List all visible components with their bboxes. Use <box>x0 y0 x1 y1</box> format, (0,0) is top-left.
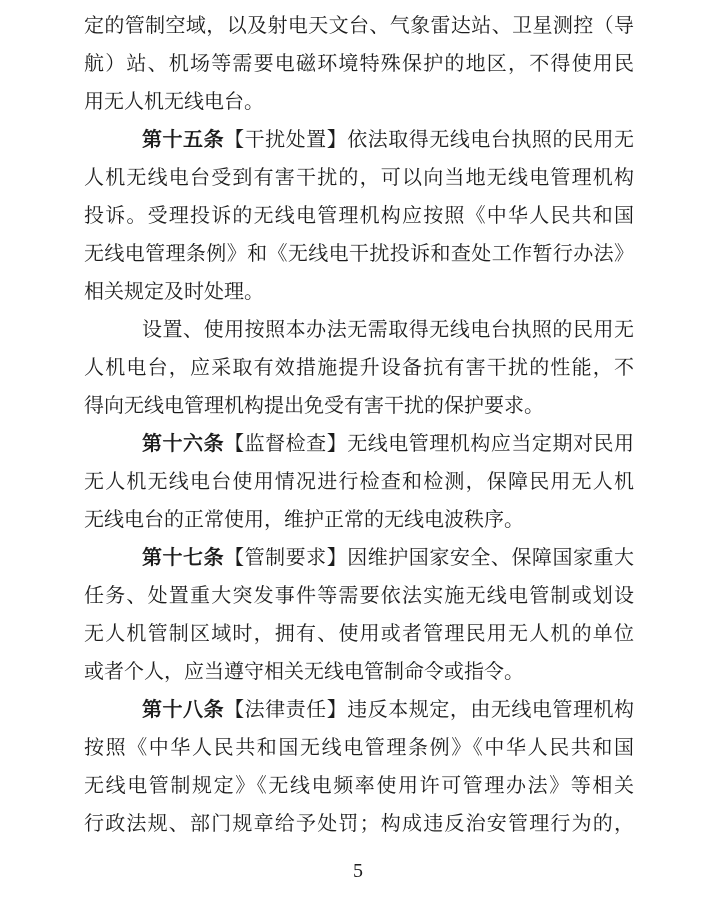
text-run: 无线电管制规定》《无线电频率使用许可管理办法》等相关 <box>84 775 634 797</box>
text-body: 定的管制空域，以及射电天文台、气象雷达站、卫星测控（导航）站、机场等需要电磁环境… <box>84 7 634 843</box>
text-line: 定的管制空域，以及射电天文台、气象雷达站、卫星测控（导 <box>84 7 634 45</box>
text-line: 无线电管制规定》《无线电频率使用许可管理办法》等相关 <box>84 767 634 805</box>
text-line: 航）站、机场等需要电磁环境特殊保护的地区，不得使用民 <box>84 45 634 83</box>
text-run: 得向无线电管理机构提出免受有害干扰的保护要求。 <box>84 395 544 417</box>
text-line: 第十七条【管制要求】因维护国家安全、保障国家重大 <box>84 539 634 577</box>
page-background: 定的管制空域，以及射电天文台、气象雷达站、卫星测控（导航）站、机场等需要电磁环境… <box>0 0 716 913</box>
text-line: 设置、使用按照本办法无需取得无线电台执照的民用无 <box>84 311 634 349</box>
document-page: { "document": { "language": "zh-CN", "ba… <box>0 0 716 913</box>
text-run: 人机无线电台受到有害干扰的，可以向当地无线电管理机构 <box>84 167 634 189</box>
article-number: 第十六条 <box>142 433 224 455</box>
text-run: 任务、处置重大突发事件等需要依法实施无线电管制或划设 <box>84 585 634 607</box>
article-title: 【监督检查】 <box>224 433 347 455</box>
text-run: 相关规定及时处理。 <box>84 281 264 303</box>
text-line: 任务、处置重大突发事件等需要依法实施无线电管制或划设 <box>84 577 634 615</box>
text-run: 依法取得无线电台执照的民用无 <box>347 129 634 151</box>
text-run: 人机电台，应采取有效措施提升设备抗有害干扰的性能，不 <box>84 357 634 379</box>
text-run: 无线电台的正常使用，维护正常的无线电波秩序。 <box>84 509 524 531</box>
text-line: 按照《中华人民共和国无线电管理条例》《中华人民共和国 <box>84 729 634 767</box>
text-run: 行政法规、部门规章给予处罚；构成违反治安管理行为的， <box>84 813 634 835</box>
text-run: 无人机管制区域时，拥有、使用或者管理民用无人机的单位 <box>84 623 634 645</box>
text-run: 违反本规定，由无线电管理机构 <box>347 699 634 721</box>
text-line: 第十六条【监督检查】无线电管理机构应当定期对民用 <box>84 425 634 463</box>
article-number: 第十五条 <box>142 129 224 151</box>
text-line: 相关规定及时处理。 <box>84 273 634 311</box>
text-run: 无人机无线电台使用情况进行检查和检测，保障民用无人机 <box>84 471 634 493</box>
text-line: 无人机无线电台使用情况进行检查和检测，保障民用无人机 <box>84 463 634 501</box>
text-line: 用无人机无线电台。 <box>84 83 634 121</box>
text-run: 用无人机无线电台。 <box>84 91 264 113</box>
page-number: 5 <box>0 856 716 886</box>
text-line: 第十八条【法律责任】违反本规定，由无线电管理机构 <box>84 691 634 729</box>
article-number: 第十七条 <box>142 547 224 569</box>
text-line: 投诉。受理投诉的无线电管理机构应按照《中华人民共和国 <box>84 197 634 235</box>
text-line: 人机电台，应采取有效措施提升设备抗有害干扰的性能，不 <box>84 349 634 387</box>
text-line: 无人机管制区域时，拥有、使用或者管理民用无人机的单位 <box>84 615 634 653</box>
text-run: 设置、使用按照本办法无需取得无线电台执照的民用无 <box>142 319 634 341</box>
article-title: 【干扰处置】 <box>224 129 347 151</box>
text-line: 行政法规、部门规章给予处罚；构成违反治安管理行为的， <box>84 805 634 843</box>
text-run: 或者个人，应当遵守相关无线电管制命令或指令。 <box>84 661 524 683</box>
text-run: 无线电管理机构应当定期对民用 <box>347 433 634 455</box>
text-run: 航）站、机场等需要电磁环境特殊保护的地区，不得使用民 <box>84 53 634 75</box>
article-number: 第十八条 <box>142 699 224 721</box>
text-line: 人机无线电台受到有害干扰的，可以向当地无线电管理机构 <box>84 159 634 197</box>
text-line: 得向无线电管理机构提出免受有害干扰的保护要求。 <box>84 387 634 425</box>
article-title: 【管制要求】 <box>224 547 347 569</box>
text-line: 无线电管理条例》和《无线电干扰投诉和查处工作暂行办法》 <box>84 235 634 273</box>
text-run: 定的管制空域，以及射电天文台、气象雷达站、卫星测控（导 <box>84 15 634 37</box>
text-run: 按照《中华人民共和国无线电管理条例》《中华人民共和国 <box>84 737 634 759</box>
text-run: 投诉。受理投诉的无线电管理机构应按照《中华人民共和国 <box>84 205 634 227</box>
text-line: 无线电台的正常使用，维护正常的无线电波秩序。 <box>84 501 634 539</box>
text-run: 因维护国家安全、保障国家重大 <box>347 547 634 569</box>
text-run: 无线电管理条例》和《无线电干扰投诉和查处工作暂行办法》 <box>84 243 634 265</box>
article-title: 【法律责任】 <box>224 699 347 721</box>
text-line: 或者个人，应当遵守相关无线电管制命令或指令。 <box>84 653 634 691</box>
text-line: 第十五条【干扰处置】依法取得无线电台执照的民用无 <box>84 121 634 159</box>
